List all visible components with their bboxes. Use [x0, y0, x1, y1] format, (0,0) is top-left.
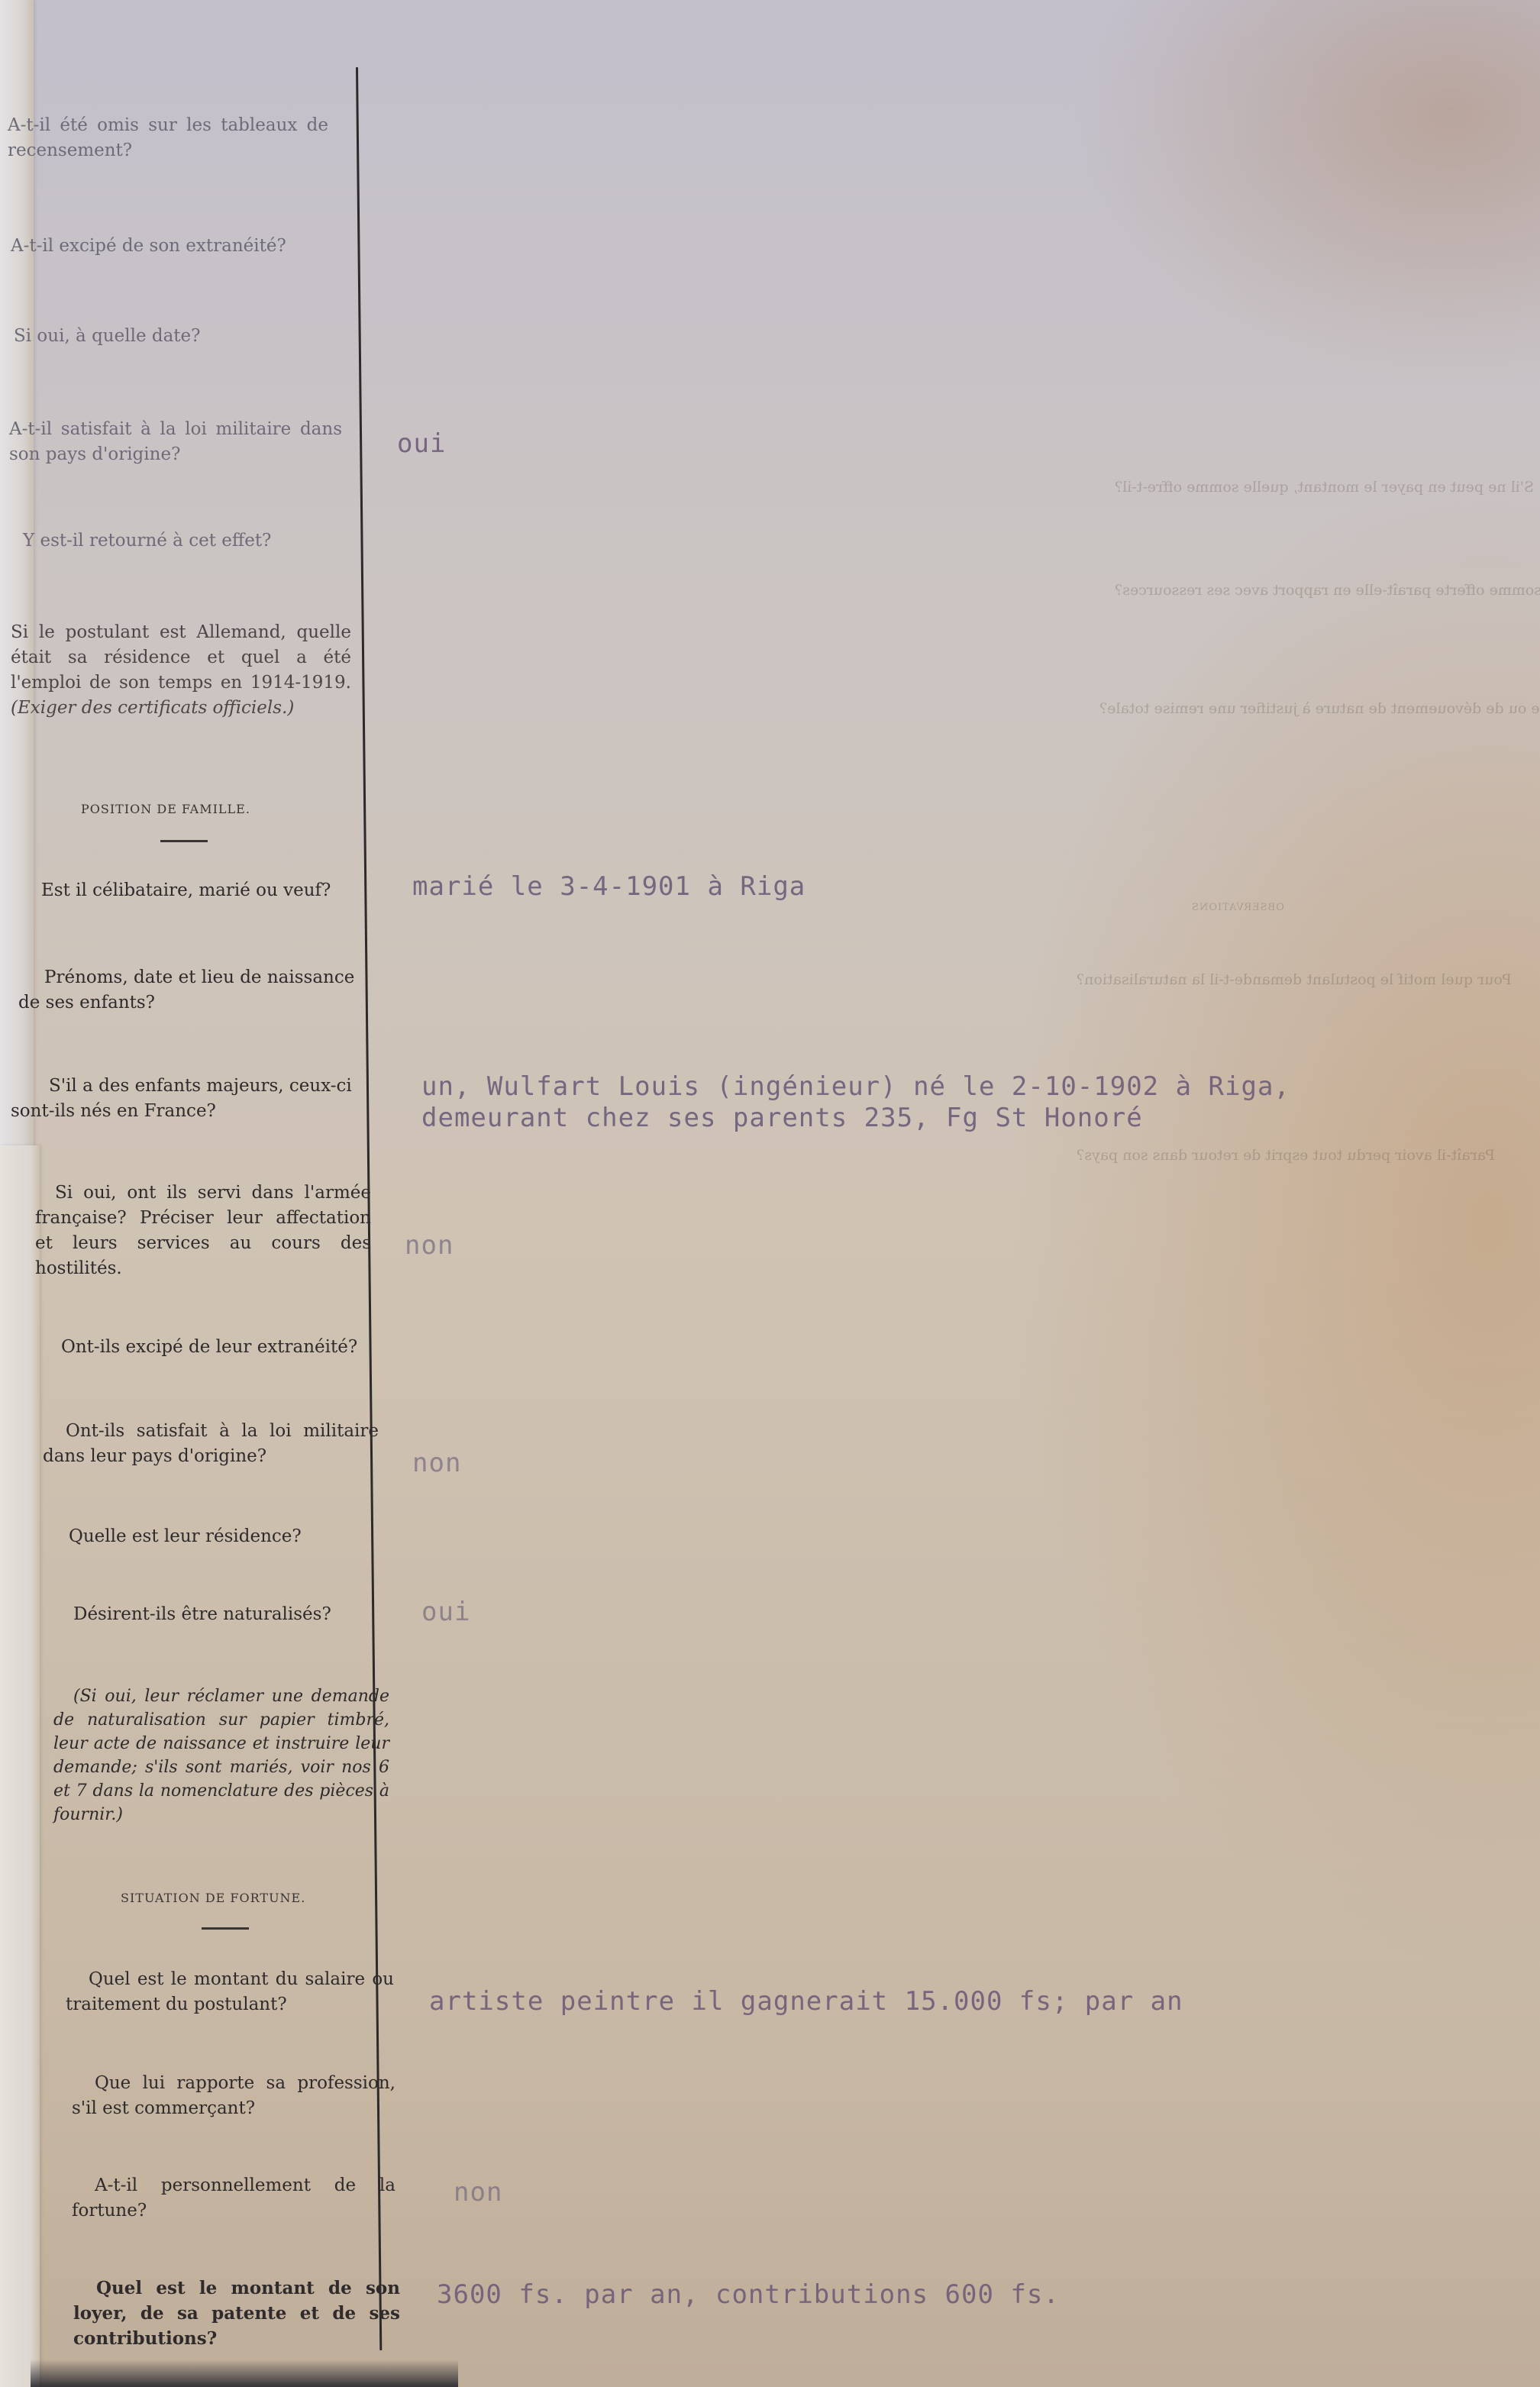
question-allemand-text: Si le postulant est Allemand, quelle éta… — [11, 622, 351, 693]
question-loyer: Quel est le montant de son loyer, de sa … — [73, 2276, 400, 2351]
question-residence: Quelle est leur résidence? — [69, 1524, 374, 1549]
instruction-naturalisation: (Si oui, leur réclamer une demande de na… — [53, 1684, 389, 1827]
section-title-fortune: Situation de fortune. — [121, 1891, 305, 1905]
bleed-through-text: Pour quel motif le postulant demande-t-i… — [1077, 970, 1512, 990]
question-etat-civil: Est il célibataire, marié ou veuf? — [41, 878, 362, 903]
question-retourne: Y est-il retourné à cet effet? — [23, 528, 344, 554]
question-naturalises: Désirent-ils être naturalisés? — [73, 1602, 379, 1627]
answer-enfants-majeurs-line2: demeurant chez ses parents 235, Fg St Ho… — [421, 1102, 1143, 1134]
bleed-through-text: La somme offerte paraît-elle en rapport … — [1115, 580, 1540, 601]
question-si-oui-date: Si oui, à quelle date? — [14, 324, 334, 349]
bleed-through-text: Paraît-il avoir perdu tout esprit de ret… — [1077, 1145, 1495, 1166]
section-title-famille: Position de famille. — [81, 802, 250, 816]
question-salaire: Quel est le montant du salaire ou traite… — [66, 1967, 394, 2017]
bleed-through-text: Le postulant a-t-il rendu quelques servi… — [1099, 699, 1540, 719]
question-profession: Que lui rapporte sa profession, s'il est… — [72, 2071, 395, 2121]
question-omis-tableaux: A-t-il été omis sur les tableaux de rece… — [8, 113, 328, 163]
question-enfants-militaire: Ont-ils satisfait à la loi militaire dan… — [43, 1419, 379, 1469]
question-excipe-extraneite: A-t-il excipé de son extranéité? — [11, 234, 347, 259]
answer-armee: non — [405, 1229, 454, 1261]
question-enfants: Prénoms, date et lieu de naissance de se… — [18, 965, 359, 1016]
answer-salaire: artiste peintre il gagnerait 15.000 fs; … — [429, 1985, 1183, 2017]
question-fortune: A-t-il personnellement de la fortune? — [72, 2173, 395, 2224]
section-divider-dash — [202, 1927, 249, 1930]
bleed-through-text: S'il ne peut en payer le montant, quelle… — [1115, 477, 1534, 498]
question-loi-militaire: A-t-il satisfait à la loi militaire dans… — [9, 417, 342, 467]
answer-enfants-majeurs-line1: un, Wulfart Louis (ingénieur) né le 2-10… — [421, 1071, 1290, 1103]
bleed-through-heading: OBSERVATIONS — [1191, 897, 1284, 918]
question-armee: Si oui, ont ils servi dans l'armée franç… — [35, 1181, 371, 1281]
answer-etat-civil: marié le 3-4-1901 à Riga — [412, 870, 806, 903]
answer-enfants-militaire: non — [412, 1447, 461, 1479]
page-edge-strip-lower — [0, 1145, 40, 2387]
question-allemand: Si le postulant est Allemand, quelle éta… — [11, 620, 351, 721]
answer-loyer: 3600 fs. par an, contributions 600 fs. — [437, 2279, 1060, 2311]
question-allemand-note: (Exiger des certificats officiels.) — [11, 698, 294, 718]
question-enfants-majeurs: S'il a des enfants majeurs, ceux-ci sont… — [11, 1074, 359, 1124]
section-divider-dash — [160, 840, 208, 842]
bottom-shadow — [31, 2360, 458, 2387]
answer-naturalises: oui — [421, 1596, 470, 1628]
answer-fortune: non — [454, 2176, 502, 2208]
answer-loi-militaire: oui — [397, 428, 446, 460]
question-enfants-extraneite: Ont-ils excipé de leur extranéité? — [61, 1335, 382, 1360]
